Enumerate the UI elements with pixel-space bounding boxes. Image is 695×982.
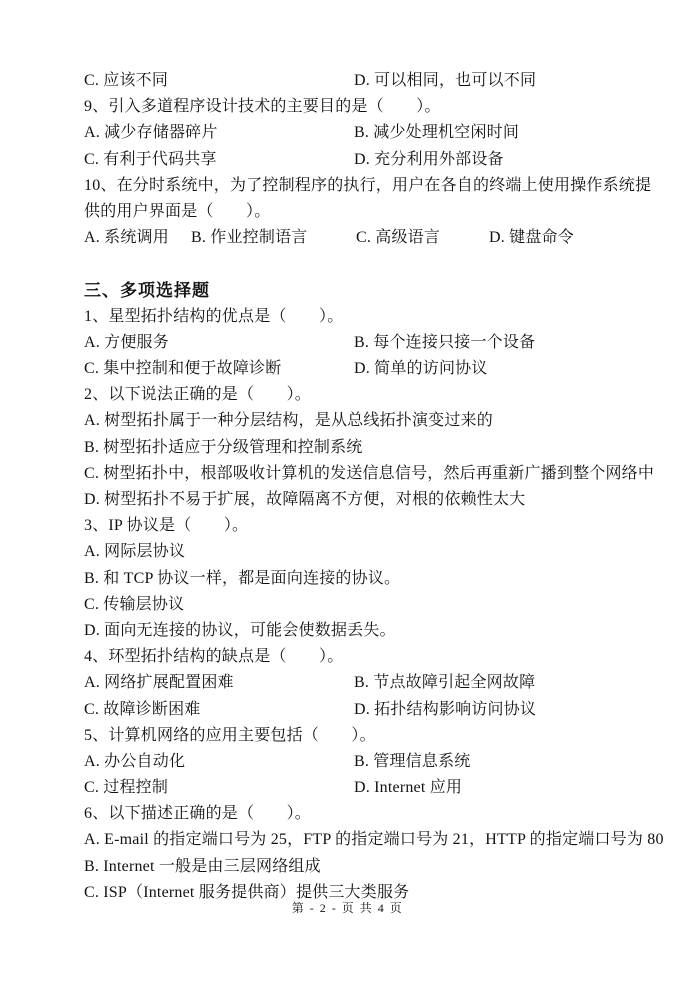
- option-b: B. 作业控制语言: [191, 225, 356, 251]
- option-d: D. 简单的访问协议: [354, 356, 488, 382]
- option-line: D. 树型拓扑不易于扩展，故障隔离不方便，对根的依赖性太大: [84, 487, 644, 513]
- option-row: C. 应该不同D. 可以相同，也可以不同: [84, 68, 644, 94]
- option-line: C. 树型拓扑中，根部吸收计算机的发送信息信号，然后再重新广播到整个网络中: [84, 461, 644, 487]
- option-d: D. 充分利用外部设备: [354, 147, 504, 173]
- question-stem: 9、引入多道程序设计技术的主要目的是（ ）。: [84, 94, 644, 120]
- option-c: C. 故障诊断困难: [84, 697, 354, 723]
- option-row: A. 系统调用B. 作业控制语言C. 高级语言D. 键盘命令: [84, 225, 644, 251]
- option-a: A. 系统调用: [84, 225, 191, 251]
- option-row: C. 有利于代码共享D. 充分利用外部设备: [84, 147, 644, 173]
- section-heading: 三、多项选择题: [84, 278, 644, 304]
- question-stem: 10、在分时系统中，为了控制程序的执行，用户在各自的终端上使用操作系统提: [84, 173, 644, 199]
- question-stem: 2、以下说法正确的是（ ）。: [84, 382, 644, 408]
- question-stem-continued: 供的用户界面是（ ）。: [84, 199, 644, 225]
- option-line: C. 传输层协议: [84, 592, 644, 618]
- question-stem: 3、IP 协议是（ ）。: [84, 513, 644, 539]
- question-stem: 5、计算机网络的应用主要包括（ ）。: [84, 723, 644, 749]
- option-row: A. 方便服务B. 每个连接只接一个设备: [84, 330, 644, 356]
- option-c: C. 过程控制: [84, 775, 354, 801]
- option-d: D. 键盘命令: [489, 225, 574, 251]
- option-row: C. 过程控制D. Internet 应用: [84, 775, 644, 801]
- option-row: C. 故障诊断困难D. 拓扑结构影响访问协议: [84, 697, 644, 723]
- option-b: B. 节点故障引起全网故障: [354, 670, 535, 696]
- option-row: C. 集中控制和便于故障诊断D. 简单的访问协议: [84, 356, 644, 382]
- blank-line: [84, 251, 644, 277]
- option-a: A. 减少存储器碎片: [84, 120, 354, 146]
- option-row: A. 减少存储器碎片B. 减少处理机空闲时间: [84, 120, 644, 146]
- question-stem: 4、环型拓扑结构的缺点是（ ）。: [84, 644, 644, 670]
- option-line: A. 网际层协议: [84, 539, 644, 565]
- option-b: B. 减少处理机空闲时间: [354, 120, 519, 146]
- option-a: A. 网络扩展配置困难: [84, 670, 354, 696]
- option-d: D. 拓扑结构影响访问协议: [354, 697, 536, 723]
- document-page: C. 应该不同D. 可以相同，也可以不同 9、引入多道程序设计技术的主要目的是（…: [0, 0, 695, 982]
- option-line: B. 和 TCP 协议一样，都是面向连接的协议。: [84, 566, 644, 592]
- question-stem: 6、以下描述正确的是（ ）。: [84, 801, 644, 827]
- option-b: B. 每个连接只接一个设备: [354, 330, 535, 356]
- option-line: A. E-mail 的指定端口号为 25，FTP 的指定端口号为 21，HTTP…: [84, 827, 644, 853]
- option-b: B. 管理信息系统: [354, 749, 470, 775]
- option-line: B. 树型拓扑适应于分级管理和控制系统: [84, 435, 644, 461]
- option-d: D. 可以相同，也可以不同: [354, 68, 536, 94]
- option-c: C. 应该不同: [84, 68, 354, 94]
- option-c: C. 高级语言: [356, 225, 489, 251]
- option-a: A. 方便服务: [84, 330, 354, 356]
- option-d: D. Internet 应用: [354, 775, 462, 801]
- option-row: A. 办公自动化B. 管理信息系统: [84, 749, 644, 775]
- option-c: C. 集中控制和便于故障诊断: [84, 356, 354, 382]
- option-line: A. 树型拓扑属于一种分层结构，是从总线拓扑演变过来的: [84, 408, 644, 434]
- option-line: B. Internet 一般是由三层网络组成: [84, 854, 644, 880]
- option-c: C. 有利于代码共享: [84, 147, 354, 173]
- question-stem: 1、星型拓扑结构的优点是（ ）。: [84, 304, 644, 330]
- option-line: D. 面向无连接的协议，可能会使数据丢失。: [84, 618, 644, 644]
- document-body: C. 应该不同D. 可以相同，也可以不同 9、引入多道程序设计技术的主要目的是（…: [84, 68, 644, 906]
- option-a: A. 办公自动化: [84, 749, 354, 775]
- page-footer: 第 - 2 - 页 共 4 页: [0, 899, 695, 916]
- option-row: A. 网络扩展配置困难B. 节点故障引起全网故障: [84, 670, 644, 696]
